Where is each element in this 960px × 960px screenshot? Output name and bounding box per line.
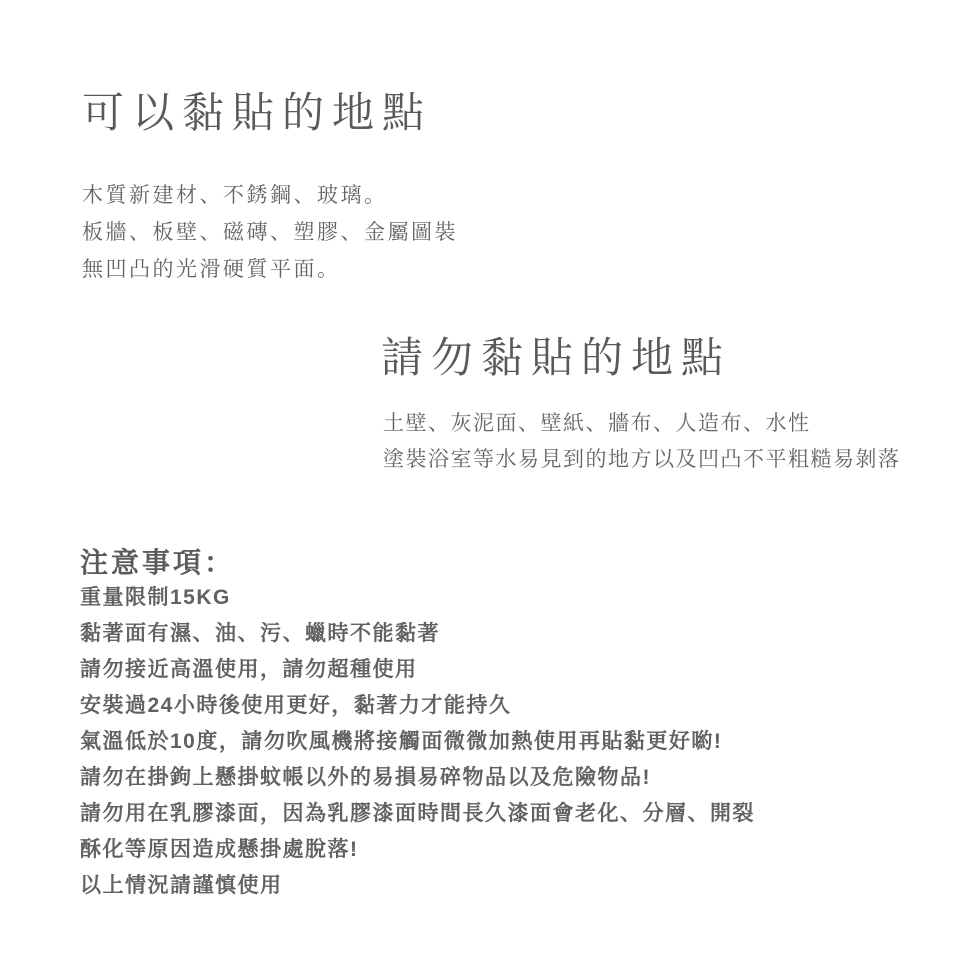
note-line: 黏著面有濕、油、污、蠟時不能黏著 <box>80 616 755 652</box>
forbidden-locations-title: 請勿黏貼的地點 <box>381 334 731 382</box>
allowed-locations-title: 可以黏貼的地點 <box>82 89 432 137</box>
forbidden-line: 土壁、灰泥面、壁紙、牆布、人造布、水性 <box>383 406 901 442</box>
product-info-page: 可以黏貼的地點 木質新建材、不銹鋼、玻璃。 板牆、板壁、磁磚、塑膠、金屬圖裝 無… <box>0 0 960 960</box>
allowed-line: 板牆、板壁、磁磚、塑膠、金屬圖裝 <box>82 214 458 251</box>
note-line: 酥化等原因造成懸掛處脫落! <box>80 832 755 868</box>
note-line: 氣溫低於10度，請勿吹風機將接觸面微微加熱使用再貼黏更好喲! <box>80 724 755 760</box>
note-line: 安裝過24小時後使用更好，黏著力才能持久 <box>80 688 755 724</box>
forbidden-line: 塗裝浴室等水易見到的地方以及凹凸不平粗糙易剝落 <box>383 442 901 478</box>
notes-text: 重量限制15KG 黏著面有濕、油、污、蠟時不能黏著 請勿接近高溫使用，請勿超種使… <box>80 580 755 904</box>
note-line: 請勿在掛鉤上懸掛蚊帳以外的易損易碎物品以及危險物品! <box>80 760 755 796</box>
forbidden-locations-text: 土壁、灰泥面、壁紙、牆布、人造布、水性 塗裝浴室等水易見到的地方以及凹凸不平粗糙… <box>383 406 901 478</box>
note-line-weight-limit: 重量限制15KG <box>80 580 755 616</box>
allowed-locations-text: 木質新建材、不銹鋼、玻璃。 板牆、板壁、磁磚、塑膠、金屬圖裝 無凹凸的光滑硬質平… <box>82 177 458 288</box>
note-line: 請勿用在乳膠漆面，因為乳膠漆面時間長久漆面會老化、分層、開裂 <box>80 796 755 832</box>
allowed-line: 木質新建材、不銹鋼、玻璃。 <box>82 177 458 214</box>
note-line: 請勿接近高溫使用，請勿超種使用 <box>80 652 755 688</box>
notes-title: 注意事項： <box>80 541 235 581</box>
allowed-line: 無凹凸的光滑硬質平面。 <box>82 251 458 288</box>
note-line: 以上情況請謹慎使用 <box>80 868 755 904</box>
